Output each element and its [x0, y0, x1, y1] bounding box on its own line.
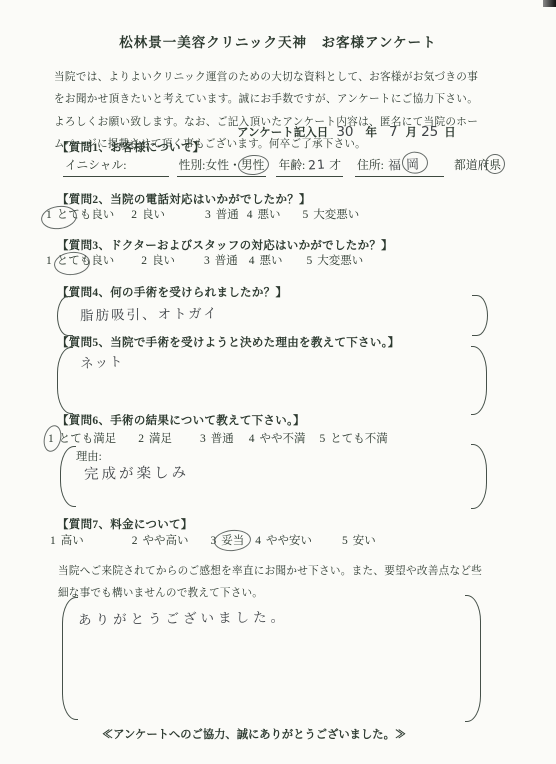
age-value-handwritten: 21	[308, 156, 327, 172]
address-value-handwritten: 福岡	[388, 153, 425, 173]
q7-option-2-num: 2	[132, 535, 138, 547]
q6-reason-bracket-left	[60, 446, 76, 507]
q7-selected-circle: 妥当	[221, 532, 244, 548]
date-day-value: 25	[421, 124, 438, 140]
q6-reason-label: 理由:	[76, 448, 102, 464]
q2-option-3: 3普通	[205, 206, 239, 222]
prefecture-field: 都道府県	[454, 156, 501, 173]
q3-option-4-num: 4	[249, 255, 255, 267]
q2-option-1: 1とても良い	[46, 206, 114, 222]
q2-heading: 【質問2、当院の電話対応はいかがでしたか？】	[57, 191, 311, 207]
q6-option-2-label: 満足	[149, 433, 172, 445]
q3-option-2-label: 良い	[152, 255, 175, 267]
q3-selected-circle: 1	[46, 255, 52, 267]
q7-heading: 【質問7、料金について】	[57, 516, 193, 532]
q5-answer-handwritten: ネット	[80, 350, 124, 372]
q7-option-5: 5安い	[342, 532, 376, 548]
q5-answer-bracket-left	[57, 347, 73, 414]
q7-option-1-num: 1	[50, 535, 56, 547]
q3-option-3-label: 普通	[215, 255, 238, 267]
q2-option-2: 2良い	[131, 206, 165, 222]
q2-option-4-num: 4	[247, 209, 253, 221]
q3-option-3-num: 3	[204, 255, 210, 267]
q3-options: 1とても良い 2良い 3普通 4悪い 5大変悪い	[46, 252, 363, 268]
q3-option-5-label: 大変悪い	[317, 255, 363, 267]
q2-option-5: 5大変悪い	[303, 206, 360, 222]
q2-option-5-label: 大変悪い	[313, 209, 359, 221]
q5-heading: 【質問5、当院で手術を受けようと決めた理由を教えて下さい。】	[57, 334, 400, 350]
prefecture-selected-circle: 県	[489, 156, 501, 173]
page-title: 松林景一美容クリニック天神 お客様アンケート	[0, 31, 556, 51]
q2-option-4: 4悪い	[247, 206, 281, 222]
q6-option-3-num: 3	[200, 433, 206, 445]
date-year-unit: 年	[366, 124, 378, 140]
q7-option-1-label: 高い	[61, 535, 84, 547]
q7-option-2: 2やや高い	[132, 532, 189, 548]
scan-artifact	[543, 0, 556, 7]
q2-option-3-label: 普通	[216, 209, 239, 221]
q6-options: 1とても満足 2満足 3普通 4やや不満 5とても不満	[48, 430, 388, 446]
q2-option-4-label: 悪い	[258, 209, 281, 221]
q3-option-4-label: 悪い	[260, 255, 283, 267]
q6-option-1: 1とても満足	[48, 430, 116, 446]
q5-answer-bracket-right	[471, 346, 487, 415]
q3-option-2: 2良い	[141, 252, 175, 268]
age-label: 年齢:	[278, 158, 305, 172]
date-year-value: 30	[336, 124, 353, 140]
date-line: アンケート記入日 30 年 7 月 25 日	[237, 124, 456, 140]
q2-selected-circle: 1	[46, 209, 52, 221]
q4-heading: 【質問4、何の手術を受けられましたか？】	[57, 284, 287, 300]
q3-heading: 【質問3、ドクターおよびスタッフの対応はいかがでしたか？】	[57, 237, 393, 253]
q1-fields-row: イニシャル: 性別:女性・男性 年齢:21才 住所:福岡 都道府県	[63, 154, 501, 177]
date-month-value: 7	[389, 124, 398, 140]
address-char-2-circle: 岡	[406, 153, 425, 173]
q6-reason-bracket-right	[471, 444, 487, 509]
feedback-answer-handwritten: ありがとうございました。	[78, 606, 288, 629]
q7-option-3: 3妥当	[211, 532, 245, 548]
q3-option-3: 3普通	[204, 252, 238, 268]
initial-field: イニシャル:	[63, 156, 169, 177]
q6-option-3-label: 普通	[211, 433, 234, 445]
q3-option-5: 5大変悪い	[307, 252, 364, 268]
q7-option-2-label: やや高い	[143, 535, 189, 547]
gender-field: 性別:女性・男性	[177, 156, 267, 177]
q3-option-1: 1とても良い	[46, 252, 114, 268]
q4-answer-bracket-left	[57, 296, 73, 336]
q2-option-3-num: 3	[205, 209, 211, 221]
q1-heading: 【質問1、お客様について】	[57, 139, 204, 155]
q3-option-5-num: 5	[307, 255, 313, 267]
age-field: 年齢:21才	[276, 156, 343, 177]
q7-option-4: 4やや安い	[255, 532, 312, 548]
q6-option-2-num: 2	[138, 433, 144, 445]
feedback-prompt: 当院へご来院されてからのご感想を率直にお聞かせ下さい。また、要望や改善点など些細…	[58, 561, 482, 604]
q3-option-2-num: 2	[141, 255, 147, 267]
gender-label: 性別:女性・	[179, 158, 241, 172]
q3-option-4: 4悪い	[249, 252, 283, 268]
q7-option-4-label: やや安い	[266, 535, 312, 547]
q7-option-5-num: 5	[342, 535, 348, 547]
q4-answer-handwritten: 脂肪吸引、オトガイ	[80, 302, 219, 324]
q6-option-4: 4やや不満	[249, 430, 306, 446]
q6-option-5-label: とても不満	[330, 433, 388, 445]
q7-option-1: 1高い	[50, 532, 84, 548]
q2-option-2-num: 2	[131, 209, 137, 221]
footer-note: ≪アンケートへのご協力、誠にありがとうございました。≫	[0, 726, 508, 742]
q7-options: 1高い 2やや高い 3妥当 4やや安い 5安い	[50, 532, 376, 548]
date-month-unit: 月	[406, 124, 418, 140]
address-field: 住所:福岡	[355, 154, 444, 177]
q6-reason-handwritten: 完成が楽しみ	[84, 461, 189, 484]
address-label: 住所:	[357, 158, 384, 172]
age-unit: 才	[329, 158, 341, 172]
scanned-survey-page: 松林景一美容クリニック天神 お客様アンケート 当院では、よりよいクリニック運営の…	[0, 0, 556, 764]
q7-option-4-num: 4	[255, 535, 261, 547]
q6-option-5: 5とても不満	[320, 430, 388, 446]
gender-selected-circle: 男性	[241, 156, 265, 173]
q6-option-3: 3普通	[200, 430, 234, 446]
q6-option-4-label: やや不満	[260, 433, 306, 445]
q2-options: 1とても良い 2良い 3普通 4悪い 5大変悪い	[46, 206, 359, 222]
feedback-bracket-left	[62, 597, 78, 720]
q6-option-1-label: とても満足	[59, 433, 117, 445]
q4-answer-bracket-right	[472, 295, 488, 336]
q7-option-5-label: 安い	[353, 535, 376, 547]
q6-selected-circle: 1	[48, 433, 54, 445]
q2-option-5-num: 5	[303, 209, 309, 221]
q6-option-5-num: 5	[320, 433, 326, 445]
q6-option-2: 2満足	[138, 430, 172, 446]
q6-heading: 【質問6、手術の結果について教えて下さい。】	[57, 412, 305, 428]
q2-option-2-label: 良い	[142, 209, 165, 221]
date-label: アンケート記入日	[237, 124, 328, 140]
date-day-unit: 日	[444, 124, 456, 140]
feedback-bracket-right	[465, 595, 481, 722]
initial-label: イニシャル:	[65, 158, 127, 172]
q6-option-4-num: 4	[249, 433, 255, 445]
